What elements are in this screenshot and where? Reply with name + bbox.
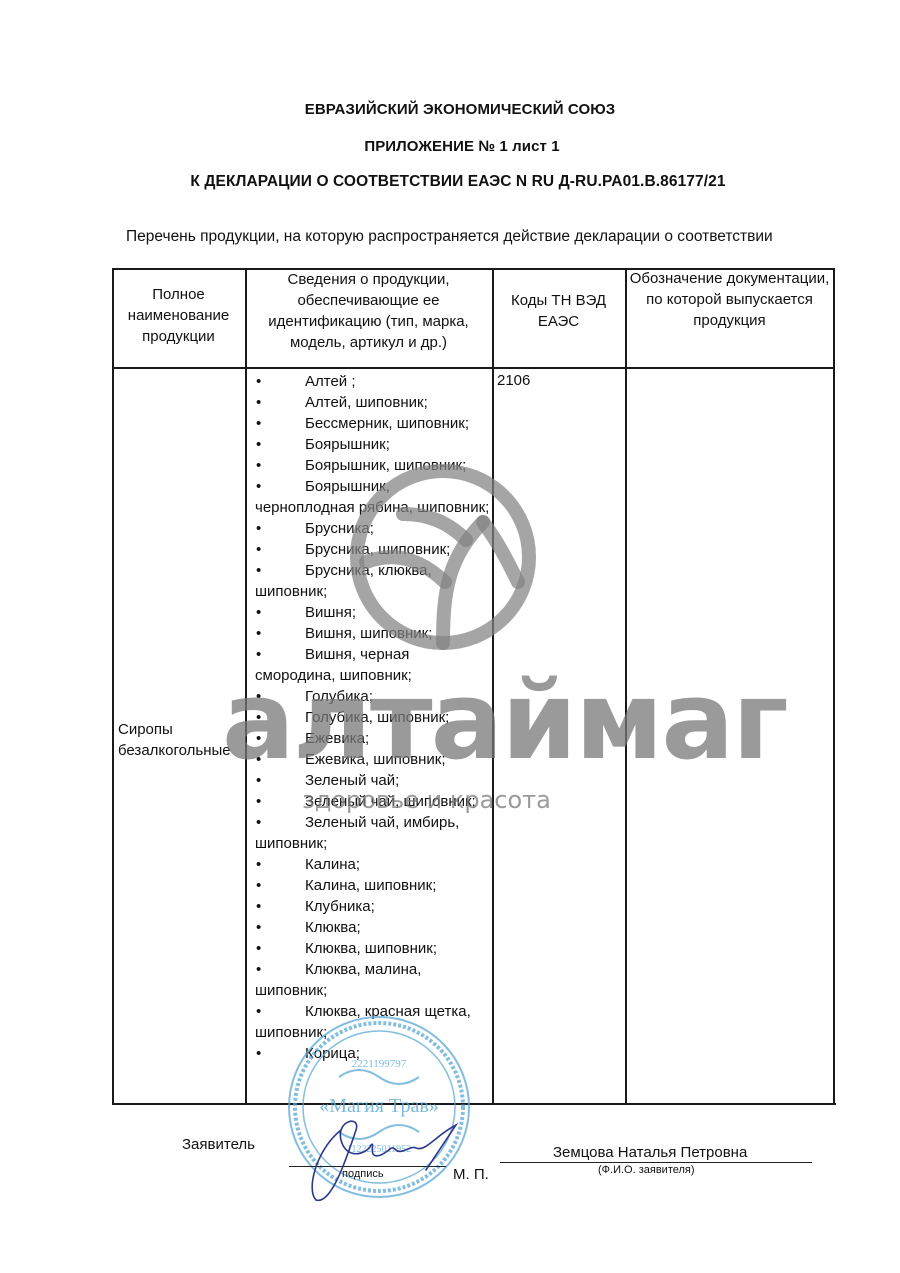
bullet-icon: • [256,455,266,476]
declaration-number: К ДЕКЛАРАЦИИ О СООТВЕТСТВИИ ЕАЭС N RU Д-… [8,173,900,191]
list-item: •Боярышник; [255,434,491,455]
list-subtitle: Перечень продукции, на которую распростр… [126,228,773,246]
bullet-icon: • [256,476,266,497]
watermark-brand: алтаймаг [222,668,787,776]
bullet-icon: • [256,1043,266,1064]
list-item: •Калина, шиповник; [255,875,491,896]
table-border-left [112,268,114,1104]
handwritten-signature-icon [296,1100,476,1210]
list-item-text: Клюква; [255,917,491,938]
column-header-documentation: Обозначение документации, по которой вып… [625,268,834,331]
applicant-name: Земцова Наталья Петровна [553,1144,747,1161]
list-item-text: Зеленый чай, имбирь, шиповник; [255,812,491,854]
list-item: •Калина; [255,854,491,875]
bullet-icon: • [256,959,266,980]
name-line [500,1162,812,1163]
list-item: •Клюква; [255,917,491,938]
list-item: •Алтей, шиповник; [255,392,491,413]
list-item-text: Калина; [255,854,491,875]
bullet-icon: • [256,917,266,938]
bullet-icon: • [256,413,266,434]
list-item: •Алтей ; [255,371,491,392]
list-item: •Зеленый чай, имбирь, шиповник; [255,812,491,854]
bullet-icon: • [256,371,266,392]
bullet-icon: • [256,896,266,917]
bullet-icon: • [256,791,266,812]
watermark-tree-logo-icon [348,462,538,652]
list-item: •Клюква, малина, шиповник; [255,959,491,1001]
bullet-icon: • [256,560,266,581]
list-item: •Клюква, шиповник; [255,938,491,959]
bullet-icon: • [256,623,266,644]
column-header-identification: Сведения о продукции, обеспечивающие ее … [245,269,492,353]
watermark-tagline: здоровье и красота [302,786,551,814]
list-item-text: Боярышник; [255,434,491,455]
column-header-codes: Коды ТН ВЭД ЕАЭС [492,290,625,332]
bullet-icon: • [256,434,266,455]
svg-text:2221199797: 2221199797 [352,1058,407,1070]
header-divider [112,367,834,369]
list-item-text: Калина, шиповник; [255,875,491,896]
column-header-name: Полное наименование продукции [112,284,245,347]
bullet-icon: • [256,539,266,560]
list-item-text: Клюква, малина, шиповник; [255,959,491,1001]
list-item-text: Алтей ; [255,371,491,392]
bullet-icon: • [256,602,266,623]
bullet-icon: • [256,875,266,896]
appendix-title: ПРИЛОЖЕНИЕ № 1 лист 1 [12,138,900,155]
list-item-text: Клубника; [255,896,491,917]
bullet-icon: • [256,1001,266,1022]
bullet-icon: • [256,854,266,875]
bullet-icon: • [256,812,266,833]
bullet-icon: • [256,392,266,413]
list-item: •Бессмерник, шиповник; [255,413,491,434]
list-item: •Клубника; [255,896,491,917]
bullet-icon: • [256,938,266,959]
applicant-label: Заявитель [182,1136,255,1153]
bullet-icon: • [256,518,266,539]
tn-ved-code: 2106 [497,370,530,391]
applicant-name-label: (Ф.И.О. заявителя) [598,1164,695,1176]
table-border-right [833,268,835,1104]
list-item-text: Клюква, шиповник; [255,938,491,959]
union-title: ЕВРАЗИЙСКИЙ ЭКОНОМИЧЕСКИЙ СОЮЗ [10,101,900,118]
list-item-text: Бессмерник, шиповник; [255,413,491,434]
list-item-text: Алтей, шиповник; [255,392,491,413]
